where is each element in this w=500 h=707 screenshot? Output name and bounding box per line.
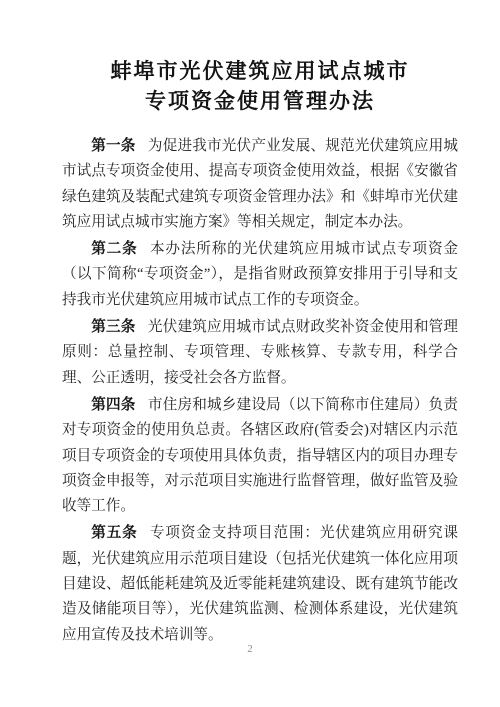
- document-page: 蚌埠市光伏建筑应用试点城市 专项资金使用管理办法 第一条为促进我市光伏产业发展、…: [0, 0, 500, 707]
- article-4-body-text: 市住房和城乡建设局（以下简称市住建局）负责对专项资金的使用负总责。各辖区政府(管…: [62, 397, 458, 514]
- article-2-number-label: 第二条: [91, 241, 137, 257]
- article-3-number-label: 第三条: [91, 319, 135, 335]
- article-paragraph-3: 第三条光伏建筑应用城市试点财政奖补资金使用和管理原则：总量控制、专项管理、专账核…: [62, 315, 458, 391]
- article-paragraph-2: 第二条本办法所称的光伏建筑应用城市试点专项资金（以下简称“专项资金”），是指省财…: [62, 237, 458, 313]
- article-1-number-label: 第一条: [91, 138, 135, 154]
- article-paragraph-1: 第一条为促进我市光伏产业发展、规范光伏建筑应用城市试点专项资金使用、提高专项资金…: [62, 134, 458, 235]
- document-title: 蚌埠市光伏建筑应用试点城市 专项资金使用管理办法: [62, 56, 458, 116]
- document-title-line1: 蚌埠市光伏建筑应用试点城市: [62, 56, 458, 86]
- article-5-number-label: 第五条: [91, 525, 137, 541]
- article-paragraph-4: 第四条市住房和城乡建设局（以下简称市住建局）负责对专项资金的使用负总责。各辖区政…: [62, 393, 458, 519]
- article-paragraph-5: 第五条专项资金支持项目范围：光伏建筑应用研究课题，光伏建筑应用示范项目建设（包括…: [62, 521, 458, 647]
- document-title-line2: 专项资金使用管理办法: [62, 86, 458, 116]
- article-5-body-text: 专项资金支持项目范围：光伏建筑应用研究课题，光伏建筑应用示范项目建设（包括光伏建…: [62, 525, 458, 642]
- document-body: 第一条为促进我市光伏产业发展、规范光伏建筑应用城市试点专项资金使用、提高专项资金…: [62, 134, 458, 650]
- page-number: 2: [0, 643, 500, 655]
- article-4-number-label: 第四条: [91, 397, 135, 413]
